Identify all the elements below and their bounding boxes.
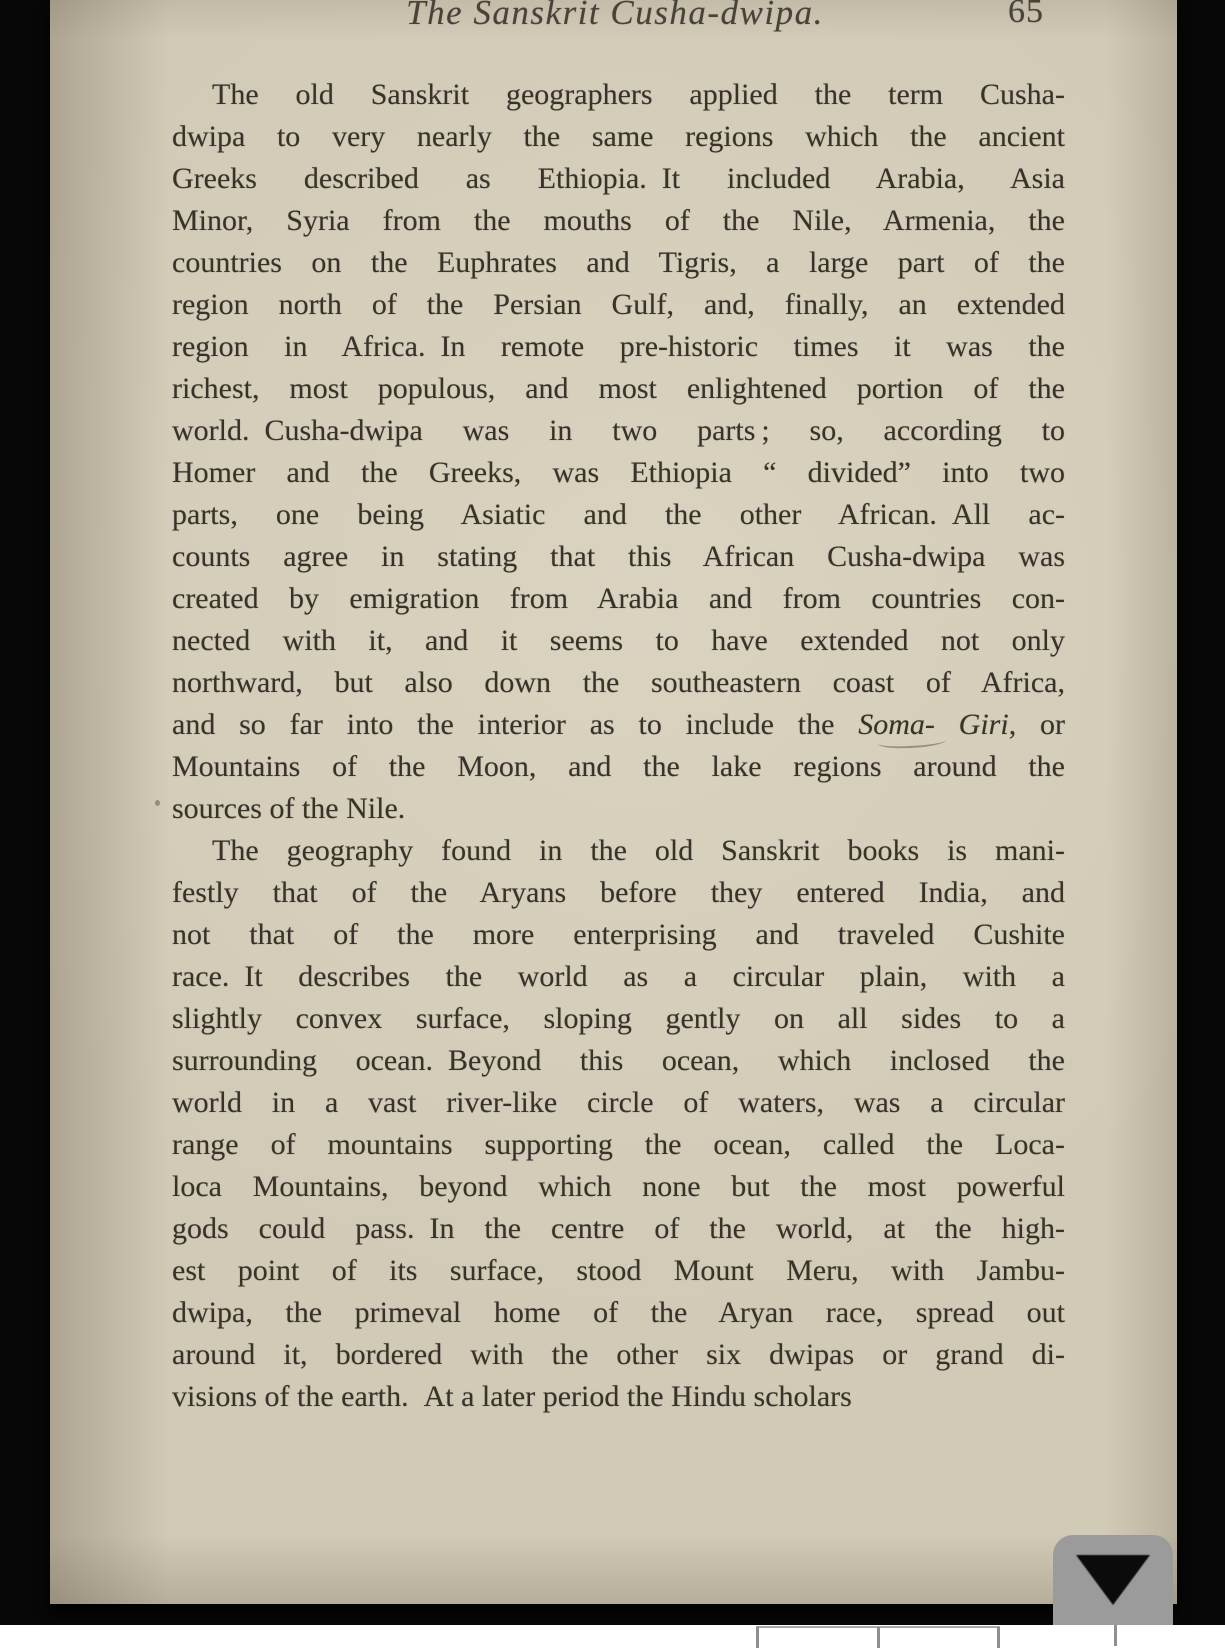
text-line: visions of the earth. At a later period … (172, 1376, 1065, 1418)
body-text: The old Sanskrit geographers applied the… (172, 74, 1065, 1418)
text-segment: world in a vast river-like circle of wat… (172, 1086, 1065, 1119)
text-segment: region in Africa. In remote pre-historic… (172, 330, 1065, 363)
text-segment: parts, one being Asiatic and the other A… (172, 498, 1065, 531)
text-segment: nected with it, and it seems to have ext… (172, 624, 1065, 657)
text-segment: world. Cusha-dwipa was in two parts ; so… (172, 414, 1065, 447)
text-segment: Mountains of the Moon, and the lake regi… (172, 750, 1065, 783)
scroll-down-button[interactable] (1053, 1535, 1173, 1625)
text-segment: The old Sanskrit geographers applied the… (212, 78, 1065, 111)
text-line: created by emigration from Arabia and fr… (172, 578, 1065, 620)
text-segment: loca Mountains, beyond which none but th… (172, 1170, 1065, 1203)
text-segment: and so far into the interior as to inclu… (172, 708, 858, 741)
text-segment: counts agree in stating that this Africa… (172, 540, 1065, 573)
grid-line-vertical (997, 1627, 1000, 1648)
text-line: The geography found in the old Sanskrit … (172, 830, 1065, 872)
text-line: slightly convex surface, sloping gently … (172, 998, 1065, 1040)
grid-line-vertical (877, 1627, 880, 1648)
text-segment: dwipa, the primeval home of the Aryan ra… (172, 1296, 1065, 1329)
text-line: around it, bordered with the other six d… (172, 1334, 1065, 1376)
text-line: The old Sanskrit geographers applied the… (172, 74, 1065, 116)
text-line: region north of the Persian Gulf, and, f… (172, 284, 1065, 326)
text-segment: , or (1009, 708, 1065, 741)
text-segment: sources of the Nile. (172, 792, 405, 825)
text-line: richest, most populous, and most enlight… (172, 368, 1065, 410)
text-segment: surrounding ocean. Beyond this ocean, wh… (172, 1044, 1065, 1077)
text-line: sources of the Nile. (172, 788, 1065, 830)
text-segment: Greeks described as Ethiopia. It include… (172, 162, 1065, 195)
text-segment: richest, most populous, and most enlight… (172, 372, 1065, 405)
grid-line-vertical (756, 1627, 759, 1648)
text-segment: visions of the earth. At a later period … (172, 1380, 852, 1413)
text-line: world in a vast river-like circle of wat… (172, 1082, 1065, 1124)
running-header: The Sanskrit Cusha-dwipa. 65 (50, 0, 1177, 41)
text-line: dwipa to very nearly the same regions wh… (172, 116, 1065, 158)
text-line: parts, one being Asiatic and the other A… (172, 494, 1065, 536)
text-segment: created by emigration from Arabia and fr… (172, 582, 1065, 615)
text-segment: est point of its surface, stood Mount Me… (172, 1254, 1065, 1287)
page-header-title: The Sanskrit Cusha-dwipa. (406, 0, 824, 33)
text-line: Greeks described as Ethiopia. It include… (172, 158, 1065, 200)
text-line: gods could pass. In the centre of the wo… (172, 1208, 1065, 1250)
grid-line-vertical (1114, 1625, 1117, 1646)
text-line: Homer and the Greeks, was Ethiopia “ div… (172, 452, 1065, 494)
text-line: loca Mountains, beyond which none but th… (172, 1166, 1065, 1208)
text-line: festly that of the Aryans before they en… (172, 872, 1065, 914)
text-segment: northward, but also down the southeaster… (172, 666, 1065, 699)
text-segment: slightly convex surface, sloping gently … (172, 1002, 1065, 1035)
stray-mark-dot (155, 800, 160, 806)
text-segment: The geography found in the old Sanskrit … (212, 834, 1065, 867)
text-line: est point of its surface, stood Mount Me… (172, 1250, 1065, 1292)
text-segment: countries on the Euphrates and Tigris, a… (172, 246, 1065, 279)
spreadsheet-strip (0, 1625, 1225, 1648)
text-line: countries on the Euphrates and Tigris, a… (172, 242, 1065, 284)
text-segment: gods could pass. In the centre of the wo… (172, 1212, 1065, 1245)
text-line: world. Cusha-dwipa was in two parts ; so… (172, 410, 1065, 452)
text-segment: Minor, Syria from the mouths of the Nile… (172, 204, 1065, 237)
text-segment: Homer and the Greeks, was Ethiopia “ div… (172, 456, 1065, 489)
text-segment: range of mountains supporting the ocean,… (172, 1128, 1065, 1161)
text-line: nected with it, and it seems to have ext… (172, 620, 1065, 662)
text-line: surrounding ocean. Beyond this ocean, wh… (172, 1040, 1065, 1082)
text-line: region in Africa. In remote pre-historic… (172, 326, 1065, 368)
text-line: range of mountains supporting the ocean,… (172, 1124, 1065, 1166)
text-segment: festly that of the Aryans before they en… (172, 876, 1065, 909)
page-number: 65 (1008, 0, 1044, 31)
text-line: northward, but also down the southeaster… (172, 662, 1065, 704)
text-line: counts agree in stating that this Africa… (172, 536, 1065, 578)
text-segment: race. It describes the world as a circul… (172, 960, 1065, 993)
text-segment: dwipa to very nearly the same regions wh… (172, 120, 1065, 153)
text-line: Minor, Syria from the mouths of the Nile… (172, 200, 1065, 242)
down-arrow-icon (1076, 1555, 1150, 1605)
text-segment: not that of the more enterprising and tr… (172, 918, 1065, 951)
text-line: race. It describes the world as a circul… (172, 956, 1065, 998)
text-segment: region north of the Persian Gulf, and, f… (172, 288, 1065, 321)
viewer-background: The Sanskrit Cusha-dwipa. 65 The old San… (0, 0, 1225, 1648)
scanned-book-page: The Sanskrit Cusha-dwipa. 65 The old San… (50, 0, 1177, 1604)
text-segment: around it, bordered with the other six d… (172, 1338, 1065, 1371)
text-line: Mountains of the Moon, and the lake regi… (172, 746, 1065, 788)
text-line: dwipa, the primeval home of the Aryan ra… (172, 1292, 1065, 1334)
text-line: not that of the more enterprising and tr… (172, 914, 1065, 956)
